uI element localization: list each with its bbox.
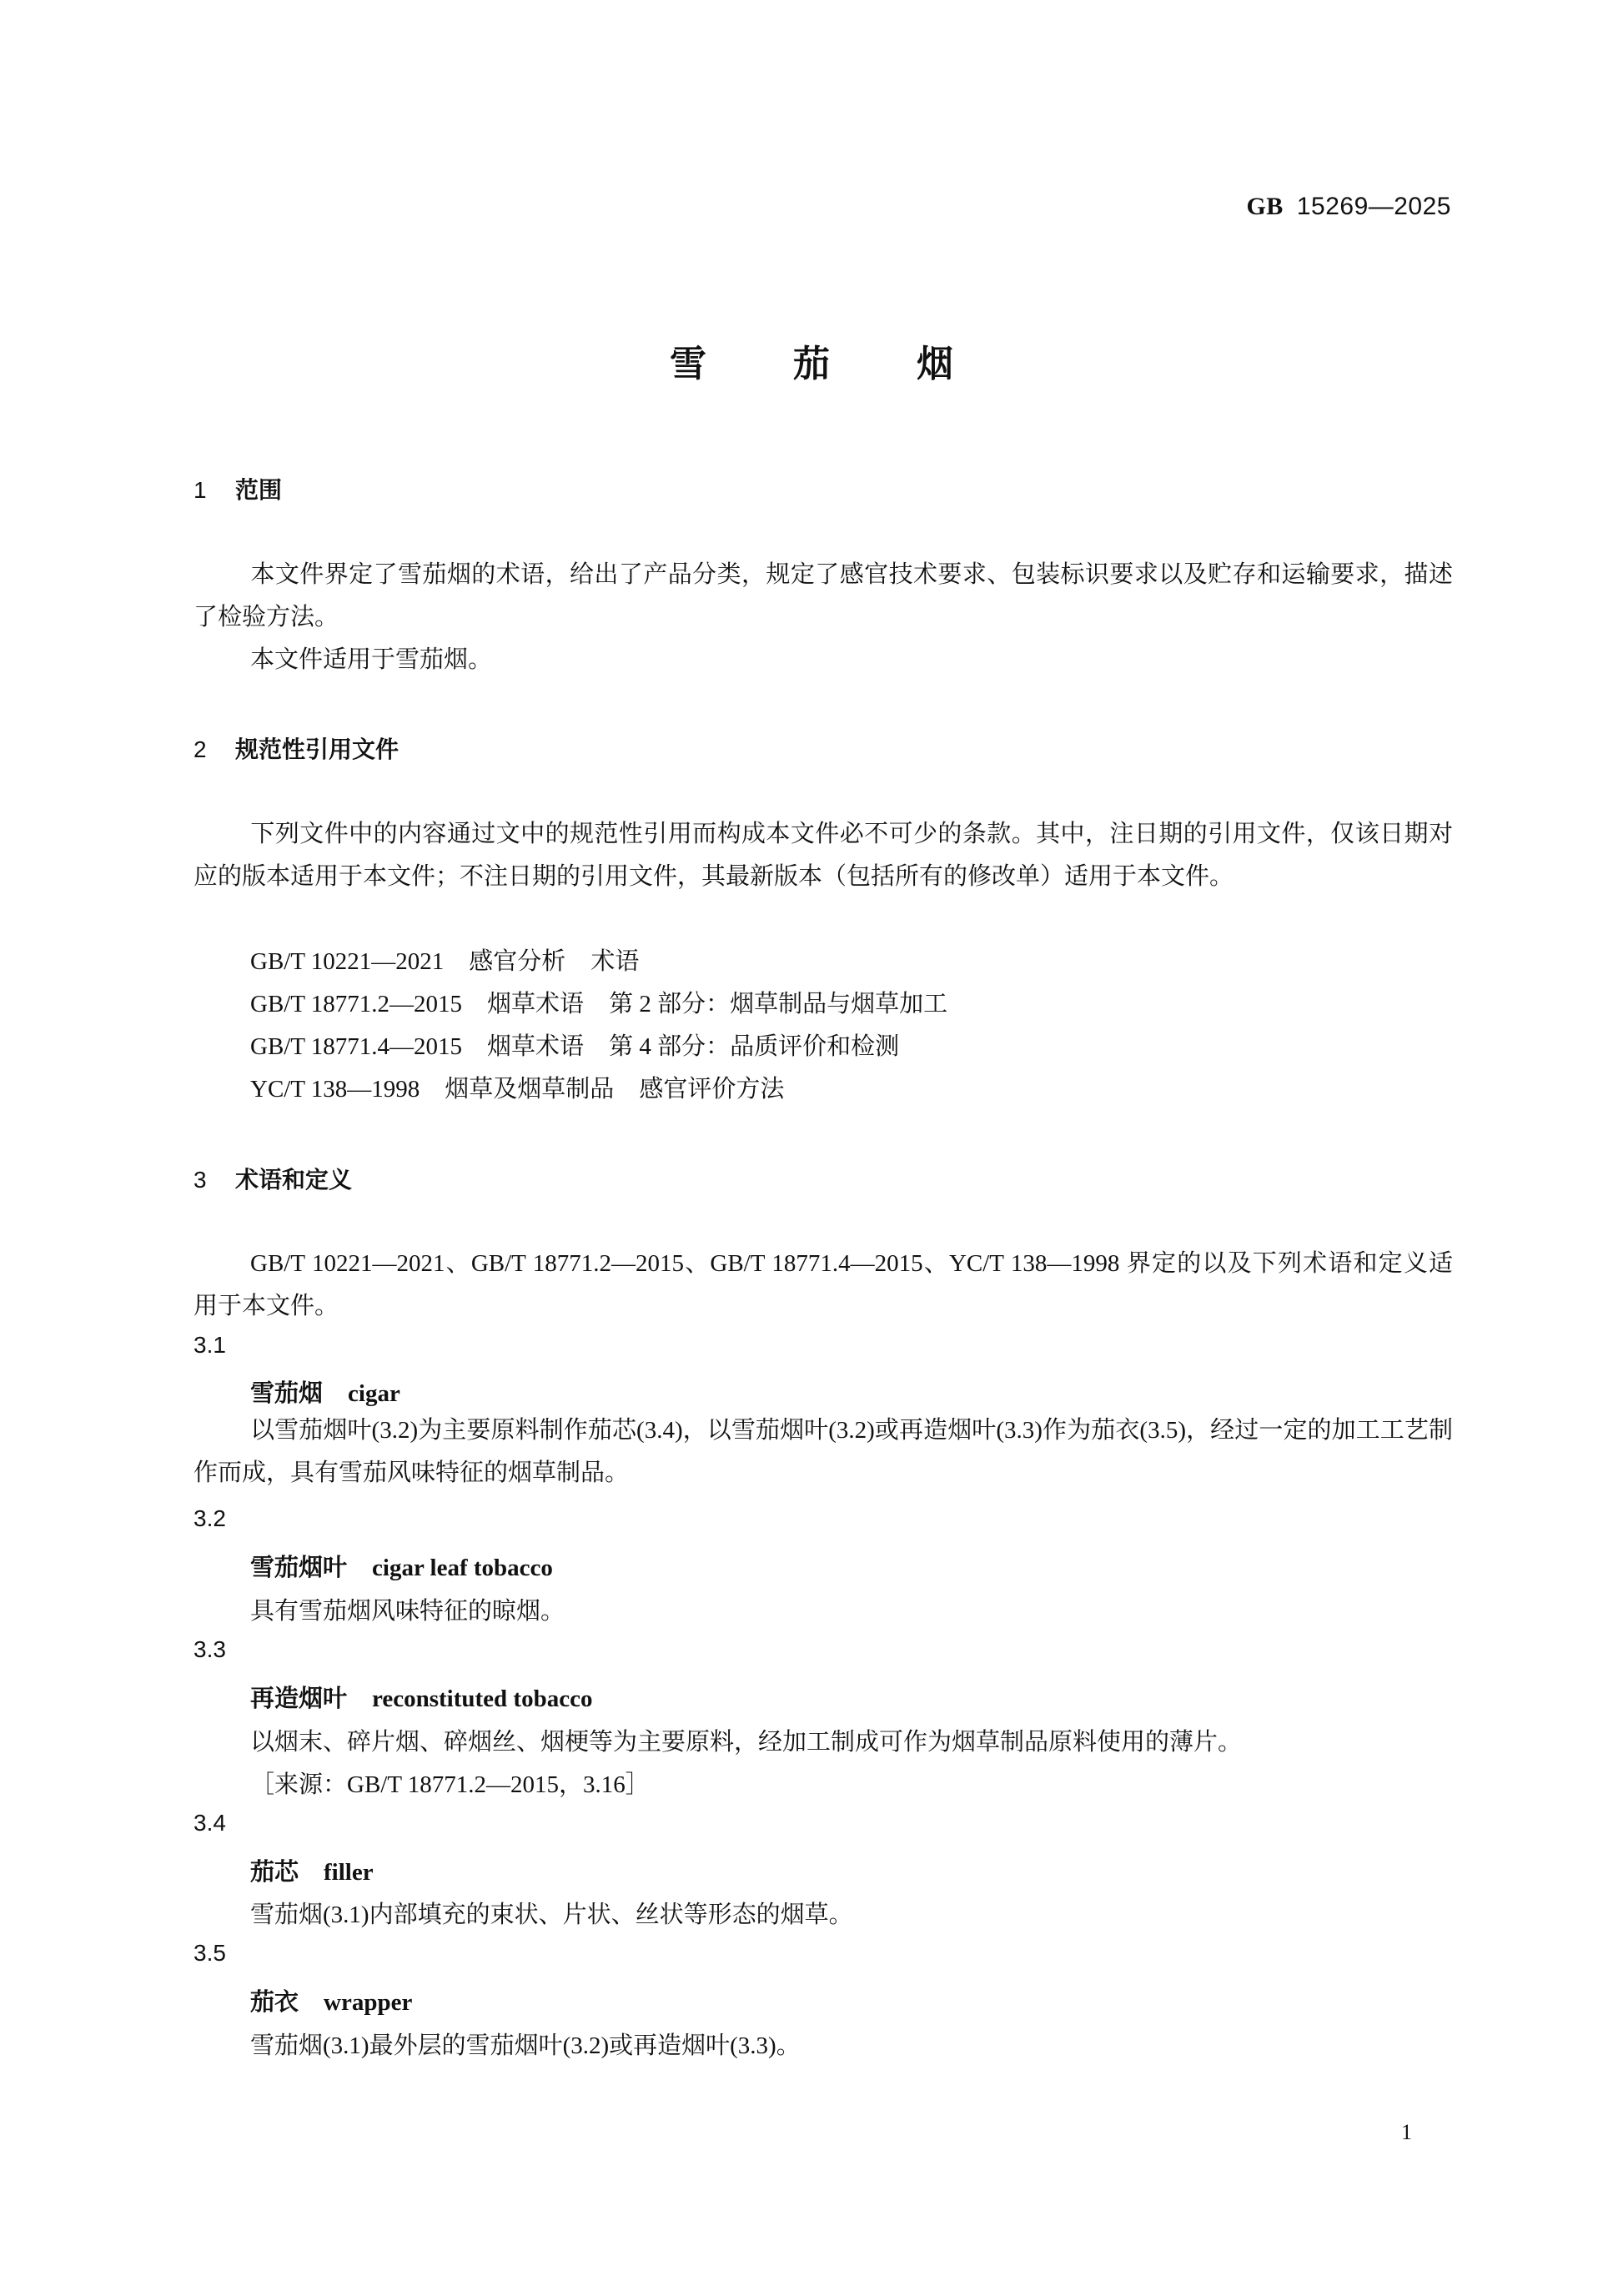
term-number: 3.2 <box>193 1505 226 1532</box>
page-number: 1 <box>1401 2120 1412 2145</box>
term-definition: 具有雪茄烟风味特征的晾烟。 <box>250 1592 565 1626</box>
reference-title: 烟草术语 <box>487 991 584 1017</box>
reference-subtitle: 第 2 部分：烟草制品与烟草加工 <box>609 991 947 1017</box>
term-en: reconstituted tobacco <box>372 1686 592 1712</box>
term-definition: 雪茄烟(3.1)内部填充的束状、片状、丝状等形态的烟草。 <box>250 1896 853 1930</box>
scope-paragraph-2: 本文件适用于雪茄烟。 <box>250 639 492 681</box>
document-page: GB15269—2025 雪茄烟 1范围 本文件界定了雪茄烟的术语，给出了产品分… <box>0 0 1623 2296</box>
term-definition: 以雪茄烟叶(3.2)为主要原料制作茄芯(3.4)，以雪茄烟叶(3.2)或再造烟叶… <box>193 1409 1453 1495</box>
term-heading-cigar-leaf-tobacco: 雪茄烟叶cigar leaf tobacco <box>250 1549 553 1583</box>
section-title: 术语和定义 <box>235 1167 352 1193</box>
term-en: wrapper <box>324 1989 412 2016</box>
term-heading-reconstituted-tobacco: 再造烟叶reconstituted tobacco <box>250 1680 592 1714</box>
term-en: cigar <box>348 1380 400 1407</box>
term-heading-wrapper: 茄衣wrapper <box>250 1983 412 2017</box>
reference-subtitle: 术语 <box>590 948 639 975</box>
reference-item: YC/T 138—1998烟草及烟草制品感官评价方法 <box>250 1068 784 1111</box>
title-char: 烟 <box>917 334 953 387</box>
reference-item: GB/T 10221—2021感官分析术语 <box>250 941 639 983</box>
term-heading-filler: 茄芯filler <box>250 1853 374 1887</box>
reference-item: GB/T 18771.2—2015烟草术语第 2 部分：烟草制品与烟草加工 <box>250 983 947 1026</box>
reference-item: GB/T 18771.4—2015烟草术语第 4 部分：品质评价和检测 <box>250 1026 899 1068</box>
standard-number: 15269—2025 <box>1297 193 1451 220</box>
title-char: 茄 <box>793 334 830 387</box>
term-number: 3.3 <box>193 1636 226 1663</box>
reference-title: 烟草及烟草制品 <box>445 1076 614 1103</box>
section-number: 3 <box>193 1167 235 1193</box>
reference-subtitle: 感官评价方法 <box>639 1076 784 1103</box>
standard-prefix: GB <box>1246 193 1283 220</box>
reference-title: 感官分析 <box>469 948 565 975</box>
reference-subtitle: 第 4 部分：品质评价和检测 <box>609 1033 899 1060</box>
term-en: filler <box>324 1859 374 1886</box>
section-title: 范围 <box>235 477 282 503</box>
terms-intro: GB/T 10221—2021、GB/T 18771.2—2015、GB/T 1… <box>193 1243 1453 1328</box>
normative-references-intro: 下列文件中的内容通过文中的规范性引用而构成本文件必不可少的条款。其中，注日期的引… <box>193 813 1453 898</box>
term-heading-cigar: 雪茄烟cigar <box>250 1374 400 1409</box>
reference-code: YC/T 138—1998 <box>250 1076 420 1103</box>
term-zh: 雪茄烟 <box>250 1380 323 1407</box>
reference-code: GB/T 10221—2021 <box>250 948 444 975</box>
term-number: 3.4 <box>193 1810 226 1836</box>
term-definition: 以烟末、碎片烟、碎烟丝、烟梗等为主要原料，经加工制成可作为烟草制品原料使用的薄片… <box>250 1723 1242 1757</box>
term-definition: 雪茄烟(3.1)最外层的雪茄烟叶(3.2)或再造烟叶(3.3)。 <box>250 2027 801 2061</box>
section-heading-normative-references: 2规范性引用文件 <box>193 731 399 765</box>
term-source: ［来源：GB/T 18771.2—2015，3.16］ <box>250 1766 650 1800</box>
term-zh: 雪茄烟叶 <box>250 1555 347 1581</box>
section-heading-scope: 1范围 <box>193 472 282 505</box>
document-title: 雪茄烟 <box>0 334 1623 387</box>
section-number: 1 <box>193 477 235 504</box>
section-title: 规范性引用文件 <box>235 736 399 762</box>
section-number: 2 <box>193 736 235 763</box>
scope-paragraph-1: 本文件界定了雪茄烟的术语，给出了产品分类，规定了感官技术要求、包装标识要求以及贮… <box>193 554 1453 639</box>
term-number: 3.1 <box>193 1332 226 1359</box>
term-zh: 茄衣 <box>250 1989 299 2016</box>
reference-code: GB/T 18771.2—2015 <box>250 991 462 1017</box>
reference-title: 烟草术语 <box>487 1033 584 1060</box>
term-en: cigar leaf tobacco <box>372 1555 553 1581</box>
title-char: 雪 <box>670 334 706 387</box>
term-zh: 再造烟叶 <box>250 1686 347 1712</box>
reference-code: GB/T 18771.4—2015 <box>250 1033 462 1060</box>
standard-code: GB15269—2025 <box>1246 193 1451 221</box>
term-zh: 茄芯 <box>250 1859 299 1886</box>
section-heading-terms-definitions: 3术语和定义 <box>193 1162 352 1195</box>
term-number: 3.5 <box>193 1940 226 1967</box>
